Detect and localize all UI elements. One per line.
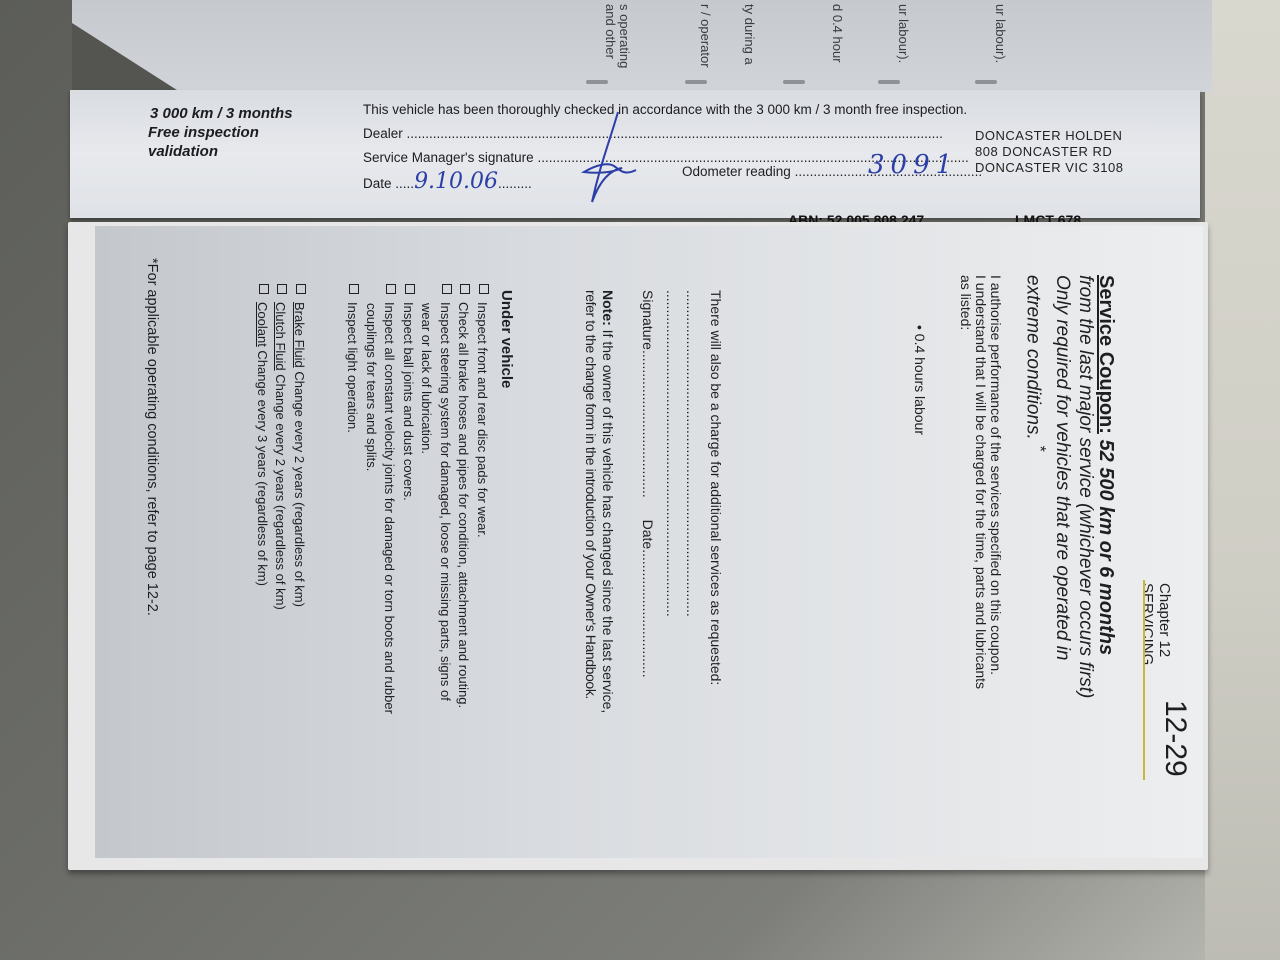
note-text: If the owner of this vehicle has changed… — [600, 330, 616, 714]
checklist-item-text: couplings for tears and splits. — [364, 284, 379, 471]
binding-slot — [586, 80, 608, 84]
labour-text: 0.4 hours labour — [912, 334, 928, 435]
signature-icon — [570, 110, 640, 205]
fluid-name: Clutch Fluid — [274, 302, 289, 371]
fluid-item[interactable]: Clutch Fluid Change every 2 years (regar… — [271, 284, 290, 610]
checkbox[interactable] — [479, 284, 489, 294]
checklist-item[interactable]: Inspect light operation. — [343, 284, 362, 714]
fluid-schedule: Brake Fluid Change every 2 years (regard… — [253, 284, 309, 610]
coupon-subtitle-3-text: extreme conditions. — [1023, 275, 1044, 440]
signature-label: Signature — [640, 290, 656, 350]
additional-services-text: There will also be a charge for addition… — [708, 290, 724, 685]
checkbox[interactable] — [259, 284, 269, 294]
flap-fragment: and other — [603, 4, 618, 59]
checklist-item: wear or lack of lubrication. — [417, 284, 436, 714]
back-flap-page: s operating and other r / operator ty du… — [72, 0, 1212, 92]
additional-services-line-2[interactable]: ........................................… — [664, 290, 680, 617]
stamp-line: DONCASTER HOLDEN — [975, 128, 1123, 144]
checklist-item[interactable]: Check all brake hoses and pipes for cond… — [454, 284, 473, 714]
checklist-item-text: Inspect all constant velocity joints for… — [383, 302, 398, 714]
checklist-item[interactable]: Inspect steering system for damaged, loo… — [436, 284, 455, 714]
date-label: Date — [640, 502, 656, 550]
labour-item: • 0.4 hours labour — [912, 325, 928, 435]
heading-interval: 3 000 km / 3 months — [148, 104, 293, 123]
checklist-item-text: Inspect front and rear disc pads for wea… — [475, 302, 490, 538]
authorisation-line-3: as listed: — [958, 275, 974, 330]
validation-form: This vehicle has been thoroughly checked… — [363, 98, 969, 196]
checkbox[interactable] — [405, 284, 415, 294]
page-number: 12-29 — [1158, 700, 1192, 777]
additional-services-line-1[interactable]: ........................................… — [684, 290, 700, 617]
fluid-name: Brake Fluid — [292, 302, 307, 368]
coupon-title-value: 52 500 km or 6 months — [1095, 439, 1117, 655]
heading-title: Free inspection — [148, 123, 293, 142]
signature-label: Service Manager's signature — [363, 150, 534, 165]
dealer-field[interactable]: Dealer .................................… — [363, 122, 969, 146]
checkbox[interactable] — [350, 284, 360, 294]
flap-fragment: d 0.4 hour — [830, 4, 845, 63]
fluid-schedule-text: Change every 3 years (regardless of km) — [255, 347, 270, 586]
stamp-line: 808 DONCASTER RD — [975, 144, 1123, 160]
under-vehicle-heading: Under vehicle — [498, 290, 515, 388]
asterisk: * — [1031, 445, 1048, 451]
under-vehicle-checklist: Inspect front and rear disc pads for wea… — [343, 284, 491, 714]
footnote: *For applicable operating conditions, re… — [144, 258, 160, 616]
coupon-title-label: Service Coupon: — [1095, 275, 1117, 434]
binding-slot — [878, 80, 900, 84]
checklist-item[interactable]: Inspect all constant velocity joints for… — [380, 284, 399, 714]
stamp-line: DONCASTER VIC 3108 — [975, 160, 1123, 176]
checklist-item-text: wear or lack of lubrication. — [420, 284, 435, 454]
free-inspection-validation: 3 000 km / 3 months Free inspection vali… — [70, 90, 1200, 218]
flap-fragment: s operating — [617, 4, 632, 68]
fluid-schedule-text: Change every 2 years (regardless of km) — [292, 368, 307, 607]
checklist-item-text: Inspect ball joints and dust covers. — [401, 302, 416, 501]
checkbox[interactable] — [296, 284, 306, 294]
inspection-statement: This vehicle has been thoroughly checked… — [363, 98, 969, 122]
binding-slot — [783, 80, 805, 84]
odometer-value: 3091 — [868, 150, 958, 180]
flap-fragment: ur labour). — [993, 4, 1008, 63]
flap-fragment: ty during a — [742, 4, 757, 65]
desk-surface — [1205, 0, 1280, 960]
validation-heading: 3 000 km / 3 months Free inspection vali… — [148, 104, 293, 161]
note-line-1: Note: If the owner of this vehicle has c… — [600, 290, 616, 713]
checklist-item[interactable]: Inspect ball joints and dust covers. — [399, 284, 418, 714]
checkbox[interactable] — [278, 284, 288, 294]
flap-fragment: ur labour). — [896, 4, 911, 63]
coupon-subtitle-3: extreme conditions. * — [1022, 275, 1051, 451]
binding-slot — [975, 80, 997, 84]
checklist-item[interactable]: Inspect front and rear disc pads for wea… — [473, 284, 492, 714]
fluid-name: Coolant — [255, 302, 270, 347]
checkbox[interactable] — [442, 284, 452, 294]
coupon-title: Service Coupon: 52 500 km or 6 months — [1094, 275, 1117, 655]
fluid-item[interactable]: Brake Fluid Change every 2 years (regard… — [290, 284, 309, 610]
checklist-item-text: Inspect light operation. — [346, 302, 361, 433]
checklist-item-text: Check all brake hoses and pipes for cond… — [457, 302, 472, 708]
date-value: 9.10.06 — [414, 169, 498, 194]
bullet-icon: • — [912, 325, 928, 334]
coupon-subtitle-1: from the last major service (whichever o… — [1074, 275, 1097, 698]
section-label: SERVICING — [1139, 583, 1155, 665]
date-label: Date — [363, 176, 392, 191]
odometer-label: Odometer reading — [682, 164, 791, 179]
checkbox[interactable] — [461, 284, 471, 294]
heading-subtitle: validation — [148, 142, 293, 161]
dealer-label: Dealer — [363, 126, 403, 141]
fluid-item[interactable]: Coolant Change every 3 years (regardless… — [253, 284, 272, 610]
dealer-stamp: DONCASTER HOLDEN 808 DONCASTER RD DONCAS… — [975, 128, 1123, 176]
authorisation-line-1: I authorise performance of the services … — [988, 275, 1004, 675]
header-rule — [1143, 580, 1145, 780]
note-label: Note: — [600, 290, 616, 326]
fluid-schedule-text: Change every 2 years (regardless of km) — [274, 371, 289, 610]
coupon-subtitle-2: Only required for vehicles that are oper… — [1051, 275, 1074, 661]
chapter-label: Chapter 12 — [1156, 583, 1172, 657]
desk-corner — [0, 0, 180, 92]
authorisation-line-2: I understand that I will be charged for … — [973, 275, 989, 689]
checkbox[interactable] — [387, 284, 397, 294]
flap-fragment: r / operator — [698, 4, 713, 68]
checklist-item-text: Inspect steering system for damaged, loo… — [438, 302, 453, 701]
binding-slot — [685, 80, 707, 84]
note-line-2: refer to the change form in the introduc… — [583, 290, 599, 699]
customer-signature-field[interactable]: Signature...............................… — [640, 290, 656, 678]
checklist-item: couplings for tears and splits. — [362, 284, 381, 714]
